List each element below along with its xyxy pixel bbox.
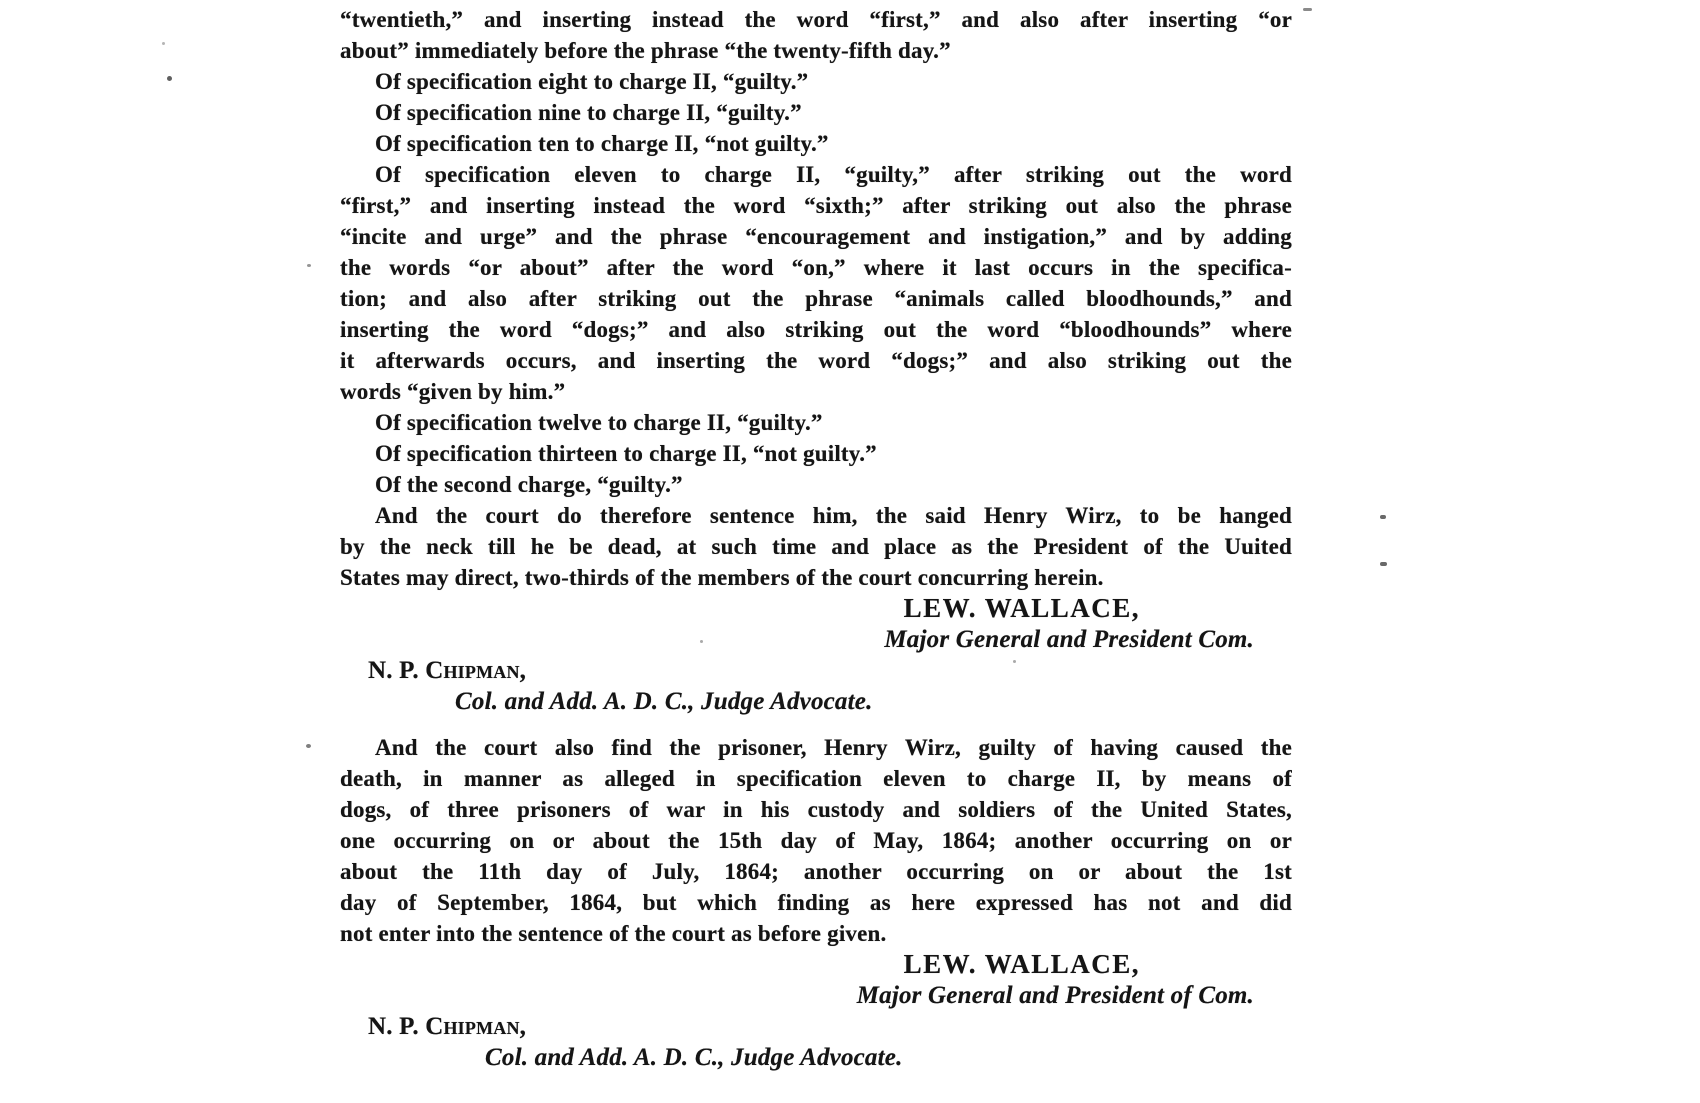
finding-line: Of specification nine to charge II, “gui… xyxy=(340,97,1292,128)
text-line: death, in manner as alleged in specifica… xyxy=(340,763,1292,794)
text-line: about” immediately before the phrase “th… xyxy=(340,35,1292,66)
signature-title: Major General and President of Com. xyxy=(340,980,1292,1011)
signature-name: N. P. Chipman, xyxy=(368,1011,1292,1042)
signature-title: Major General and President Com. xyxy=(340,624,1292,655)
text-line: And the court also find the prisoner, He… xyxy=(340,732,1292,763)
finding-line: Of specification eight to charge II, “gu… xyxy=(340,66,1292,97)
text-line: it afterwards occurs, and inserting the … xyxy=(340,345,1292,376)
document-text-column: “twentieth,” and inserting instead the w… xyxy=(340,4,1292,1073)
text-line: “twentieth,” and inserting instead the w… xyxy=(340,4,1292,35)
finding-line: Of specification twelve to charge II, “g… xyxy=(340,407,1292,438)
text-line: words “given by him.” xyxy=(340,376,1292,407)
scan-speck xyxy=(1380,562,1387,566)
text-line: inserting the word “dogs;” and also stri… xyxy=(340,314,1292,345)
signature-title: Col. and Add. A. D. C., Judge Advocate. xyxy=(485,1042,1292,1073)
scan-speck xyxy=(307,264,311,267)
text-line: day of September, 1864, but which findin… xyxy=(340,887,1292,918)
text-line: dogs, of three prisoners of war in his c… xyxy=(340,794,1292,825)
scan-speck xyxy=(1303,8,1312,11)
text-line: the words “or about” after the word “on,… xyxy=(340,252,1292,283)
text-line: one occurring on or about the 15th day o… xyxy=(340,825,1292,856)
scan-speck xyxy=(700,640,703,643)
scan-speck xyxy=(1380,515,1386,519)
text-line: Of specification eleven to charge II, “g… xyxy=(340,159,1292,190)
scan-speck xyxy=(162,42,165,45)
scanned-page: “twentieth,” and inserting instead the w… xyxy=(0,0,1700,1103)
text-line: not enter into the sentence of the court… xyxy=(340,918,1292,949)
signature-name: LEW. WALLACE, xyxy=(340,949,1292,980)
sentence-line: States may direct, two-thirds of the mem… xyxy=(340,562,1292,593)
scan-speck xyxy=(1013,660,1016,663)
text-line: tion; and also after striking out the ph… xyxy=(340,283,1292,314)
finding-line: Of the second charge, “guilty.” xyxy=(340,469,1292,500)
scan-speck xyxy=(167,76,172,81)
scan-speck xyxy=(306,744,311,748)
finding-line: Of specification ten to charge II, “not … xyxy=(340,128,1292,159)
text-line: “incite and urge” and the phrase “encour… xyxy=(340,221,1292,252)
sentence-line: by the neck till he be dead, at such tim… xyxy=(340,531,1292,562)
signature-title: Col. and Add. A. D. C., Judge Advocate. xyxy=(455,686,1292,717)
finding-line: Of specification thirteen to charge II, … xyxy=(340,438,1292,469)
signature-name: LEW. WALLACE, xyxy=(340,593,1292,624)
text-line: “first,” and inserting instead the word … xyxy=(340,190,1292,221)
sentence-line: And the court do therefore sentence him,… xyxy=(340,500,1292,531)
signature-name: N. P. Chipman, xyxy=(368,655,1292,686)
text-line: about the 11th day of July, 1864; anothe… xyxy=(340,856,1292,887)
